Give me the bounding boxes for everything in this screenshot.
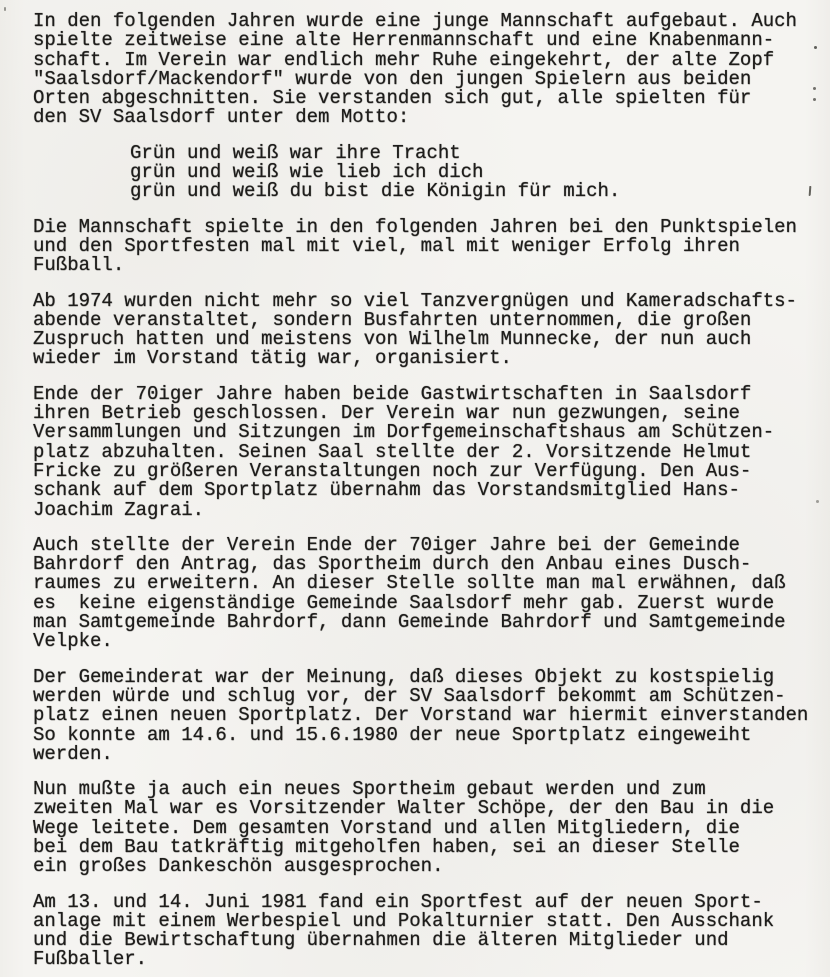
- paragraph-gemeinderat: Der Gemeinderat war der Meinung, daß die…: [33, 668, 810, 764]
- paragraph-sportheim: Nun mußte ja auch ein neues Sportheim ge…: [33, 780, 810, 876]
- paragraph-gastwirtschaften: Ende der 70iger Jahre haben beide Gastwi…: [33, 385, 810, 520]
- paragraph-punktspiele: Die Mannschaft spielte in den folgenden …: [33, 218, 810, 276]
- paragraph-1974: Ab 1974 wurden nicht mehr so viel Tanzve…: [33, 292, 810, 369]
- paragraph-antrag: Auch stellte der Verein Ende der 70iger …: [33, 536, 810, 652]
- paragraph-sportfest-1981: Am 13. und 14. Juni 1981 fand ein Sportf…: [33, 893, 810, 970]
- scanned-document-page: { "page": { "background": "#f5f4f1", "in…: [0, 0, 830, 977]
- page-body: In den folgenden Jahren wurde eine junge…: [0, 0, 830, 977]
- paragraph-intro: In den folgenden Jahren wurde eine junge…: [33, 12, 810, 128]
- motto-verse: Grün und weiß war ihre Tracht grün und w…: [130, 144, 810, 202]
